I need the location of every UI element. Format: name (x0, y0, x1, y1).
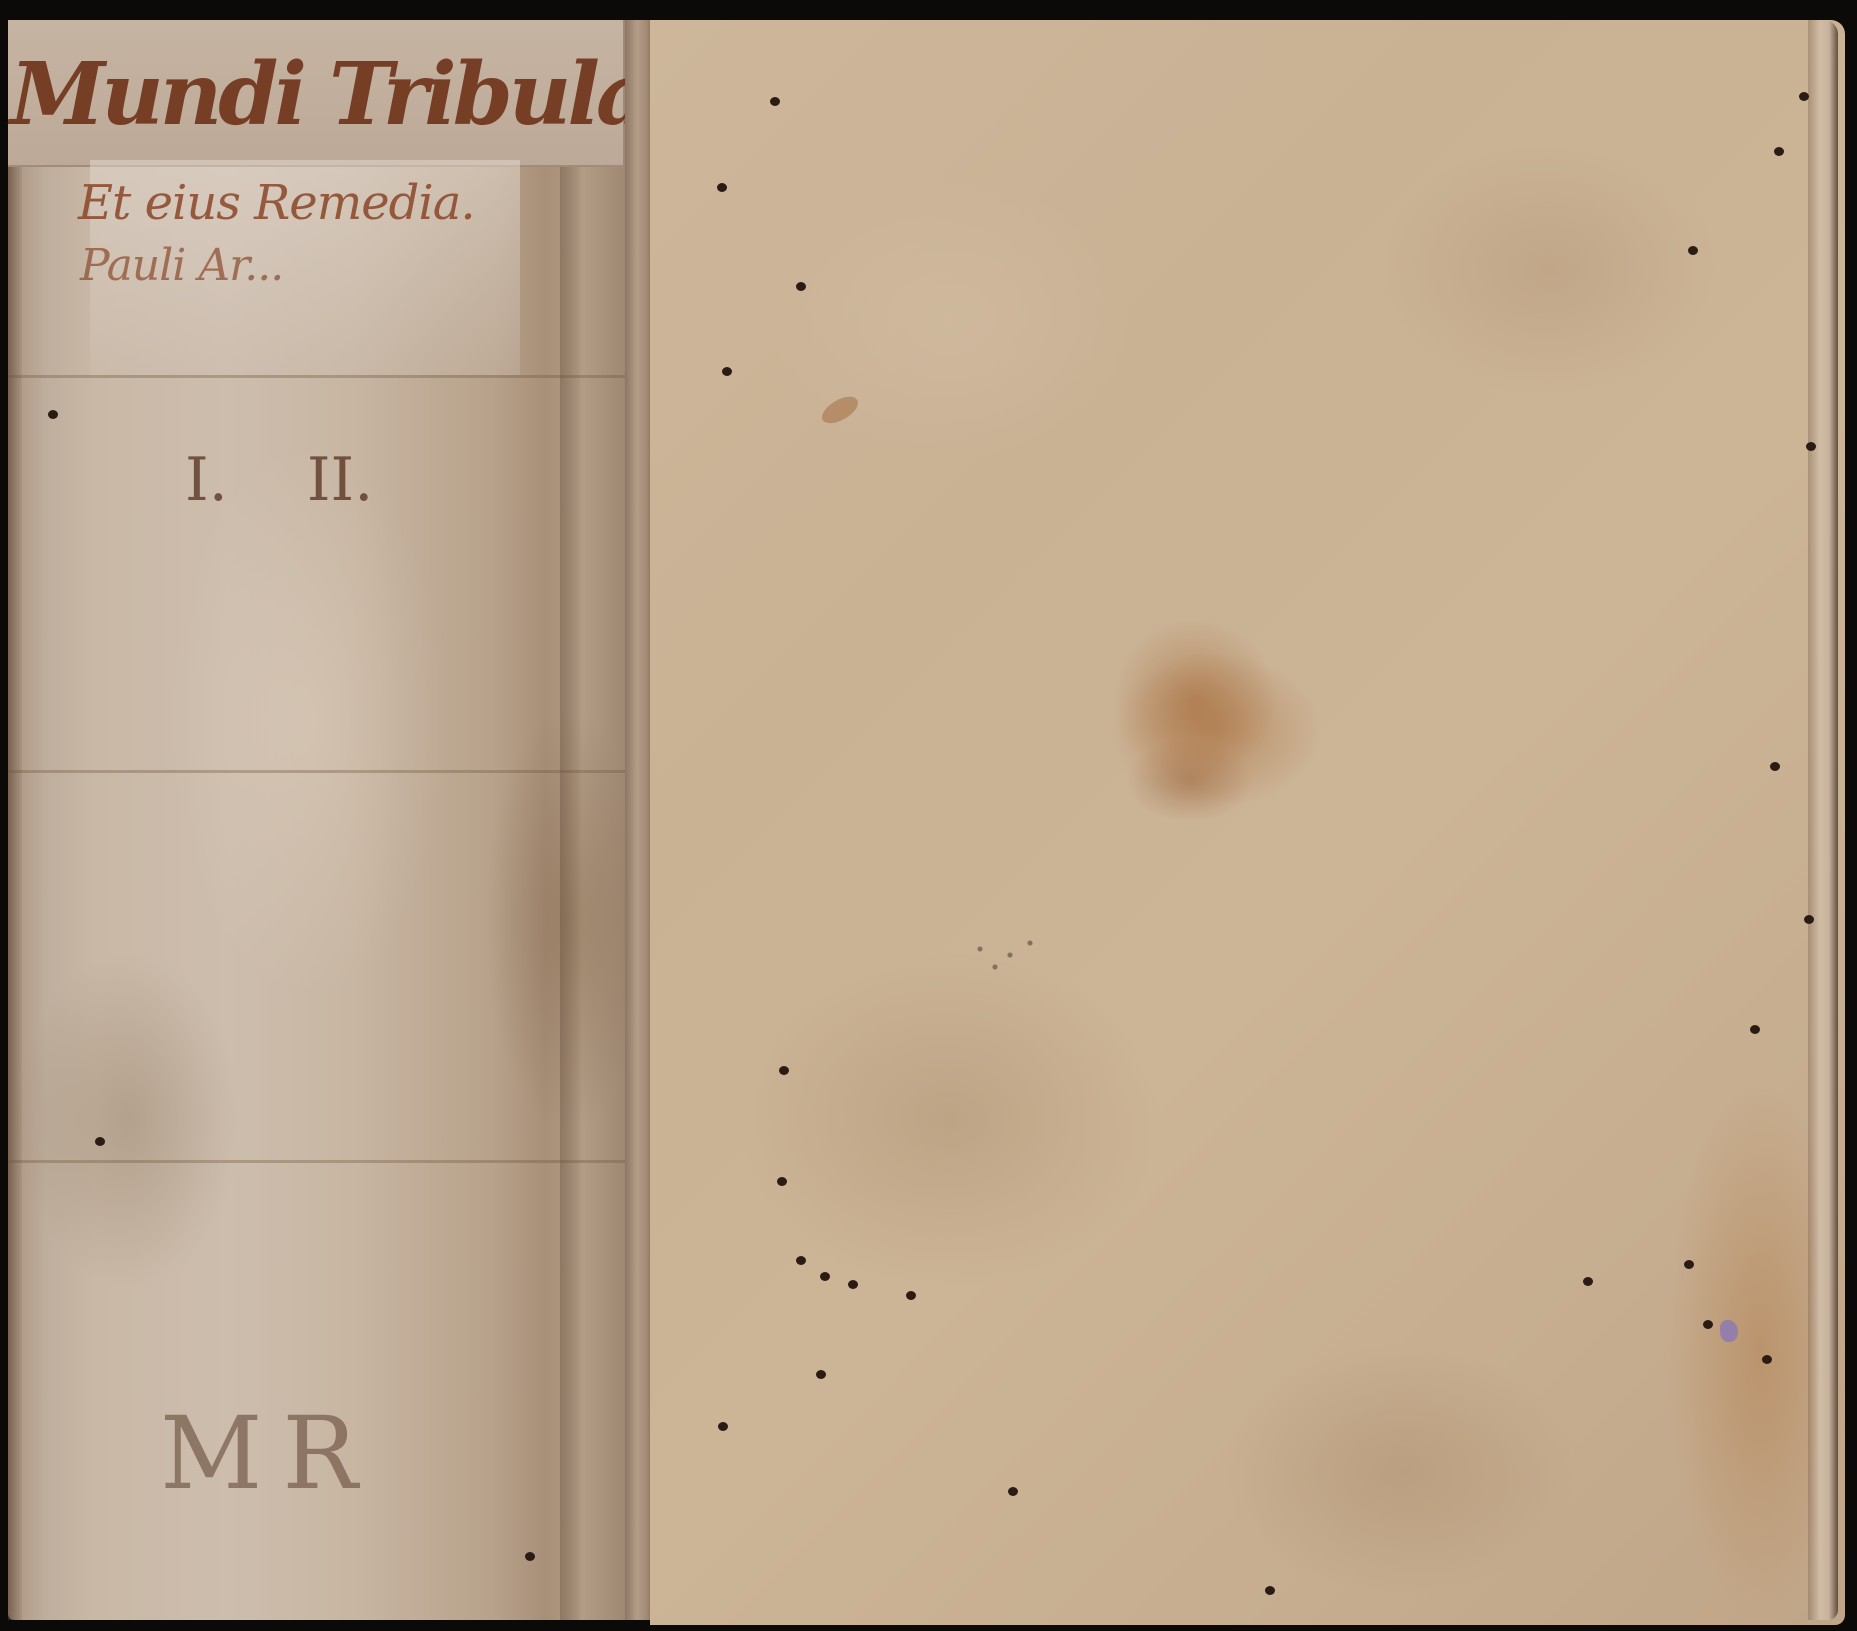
wormhole (1688, 246, 1698, 255)
wormhole (770, 97, 780, 106)
back-cover-fore-edge (1808, 20, 1838, 1620)
wormhole (95, 1137, 105, 1146)
wormhole (1770, 762, 1780, 771)
wormhole (717, 183, 727, 192)
wormhole (1265, 1586, 1275, 1595)
wormhole (1762, 1355, 1772, 1364)
wormhole (525, 1552, 535, 1561)
wormhole (906, 1291, 916, 1300)
wormhole (718, 1422, 728, 1431)
wormhole (1684, 1260, 1694, 1269)
water-stain (1110, 620, 1280, 780)
wormhole (1799, 92, 1809, 101)
wormhole (777, 1177, 787, 1186)
wormhole (779, 1066, 789, 1075)
wormhole (1750, 1025, 1760, 1034)
wormhole (820, 1272, 830, 1281)
book-photograph: Mundi Tribulatio Et eius Remedia. Pauli … (0, 0, 1857, 1631)
spine-volume-marks: I. II. (185, 445, 373, 515)
wormhole (48, 410, 58, 419)
wormhole (796, 282, 806, 291)
spine-band (8, 375, 633, 378)
spine-title-line-2: Et eius Remedia. (78, 175, 475, 231)
wormhole (1008, 1487, 1018, 1496)
wormhole (1703, 1320, 1713, 1329)
wormhole (722, 367, 732, 376)
spine-bottom-mark: MR (160, 1395, 378, 1512)
wormhole (1804, 915, 1814, 924)
wormhole (1806, 442, 1816, 451)
wormhole (848, 1280, 858, 1289)
spine-left-edge (8, 20, 22, 1620)
spine-band (8, 1160, 633, 1163)
spine-title-line-3: Pauli Ar... (80, 240, 283, 291)
spine-band (8, 770, 633, 773)
wormhole (796, 1256, 806, 1265)
wormhole (1774, 147, 1784, 156)
wormhole (1583, 1277, 1593, 1286)
speckle-cluster (950, 925, 1050, 985)
spine-right-fold (560, 20, 580, 1620)
back-cover-board (650, 20, 1845, 1625)
wormhole (816, 1370, 826, 1379)
purple-ink-spot (1720, 1320, 1738, 1342)
